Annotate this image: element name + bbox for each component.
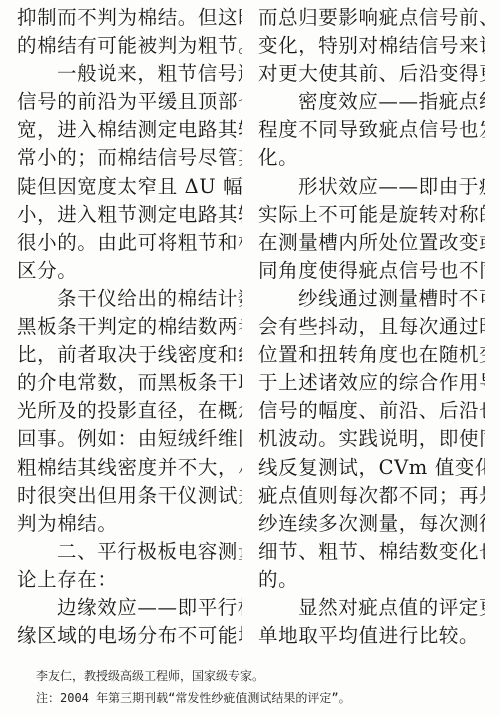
article-body: 抑制而不判为棉结。但这时更长些的棉结有可能被判为粗节。一般说来，粗节信号远较棉结…: [17, 4, 485, 619]
text-line: 的。: [258, 566, 485, 594]
text-line: 缘区域的电场分布不可能均匀，从: [17, 622, 242, 650]
text-line: 条干仪给出的棉结计数与目测: [17, 285, 242, 313]
text-line: 会有些抖动，且每次通过时纱线的: [258, 313, 485, 341]
text-line: 抑制而不判为棉结。但这时更长些: [17, 4, 242, 32]
text-line: 边缘效应——即平行极板靠边: [17, 594, 242, 622]
text-line: 一般说来，粗节信号远较棉结: [17, 60, 242, 88]
text-line: 宽，进入棉结测定电路其输出是非: [17, 116, 242, 144]
reference-note: 注：2004 年第三期刊载“常发性纱疵值测试结果的评定”。: [36, 687, 351, 709]
text-line: 程度不同导致疵点信号也发生变: [258, 116, 485, 144]
text-line: 很小的。由此可将粗节和棉结加以: [17, 229, 242, 257]
text-line: 光所及的投影直径，在概念上是两: [17, 397, 242, 425]
text-line: 在测量槽内所处位置改变或扭转不: [258, 229, 485, 257]
text-line: 密度效应——指疵点纤维松紧: [258, 88, 485, 116]
text-line: 单地取平均值进行比较。: [258, 622, 485, 650]
left-column: 抑制而不判为棉结。但这时更长些的棉结有可能被判为粗节。一般说来，粗节信号远较棉结…: [17, 4, 242, 619]
text-line: 于上述诸效应的综合作用导致疵点: [258, 369, 485, 397]
text-line: 信号的幅度、前沿、后沿也相应随: [258, 397, 485, 425]
text-line: 显然对疵点值的评定更不能简: [258, 594, 485, 622]
text-line: 粗棉结其线密度并不大，尽管目测: [17, 454, 242, 482]
text-line: 疵点值则每次都不同；再是同一管: [258, 482, 485, 510]
text-line: 机波动。实践说明，即使同一条纱: [258, 425, 485, 453]
text-line: 细节、粗节、棉结数变化也是很大: [258, 538, 485, 566]
footnotes: 李友仁，教授级高级工程师，国家级专家。 注：2004 年第三期刊载“常发性纱疵值…: [36, 665, 351, 709]
text-line: 的介电常数，而黑板条干取决于目: [17, 369, 242, 397]
text-line: 区分。: [17, 257, 242, 285]
right-column: 而总归要影响疵点信号前、后沿的变化，特别对棉结信号来说影响相对更大使其前、后沿变…: [258, 4, 485, 619]
text-line: 小，进入粗节测定电路其输出也是: [17, 201, 242, 229]
text-line: 论上存在：: [17, 566, 242, 594]
text-line: 实际上不可能是旋转对称的，一旦: [258, 201, 485, 229]
text-line: 黑板条干判定的棉结数两者不好对: [17, 313, 242, 341]
text-line: 化。: [258, 144, 485, 172]
text-line: 形状效应——即由于疵点形状: [258, 173, 485, 201]
text-line: 而总归要影响疵点信号前、后沿的: [258, 4, 485, 32]
text-line: 陡但因宽度太窄且 ΔU 幅度也较: [17, 173, 242, 201]
text-line: 纱线通过测量槽时不可避免地: [258, 285, 485, 313]
text-line: 纱连续多次测量，每次测得的千米: [258, 510, 485, 538]
text-line: 变化，特别对棉结信号来说影响相: [258, 32, 485, 60]
text-line: 判为棉结。: [17, 510, 242, 538]
text-line: 常小的；而棉结信号尽管其前沿较: [17, 144, 242, 172]
text-line: 的棉结有可能被判为粗节。: [17, 32, 242, 60]
text-line: 位置和扭转角度也在随机变化，基: [258, 341, 485, 369]
text-line: 比，前者取决于线密度和纤维材料: [17, 341, 242, 369]
text-line: 回事。例如：由短绒纤维团构成的短: [17, 425, 242, 453]
text-line: 时很突出但用条干仪测试并不将其: [17, 482, 242, 510]
text-line: 对更大使其前、后沿变得更差。: [258, 60, 485, 88]
author-note: 李友仁，教授级高级工程师，国家级专家。: [36, 665, 351, 687]
text-line: 线反复测试，CVm 值变化不大，而: [258, 454, 485, 482]
text-line: 信号的前沿为平缓且顶部也相当: [17, 88, 242, 116]
text-line: 同角度使得疵点信号也不同。: [258, 257, 485, 285]
text-line: 二、平行极板电容测量槽在理: [17, 538, 242, 566]
